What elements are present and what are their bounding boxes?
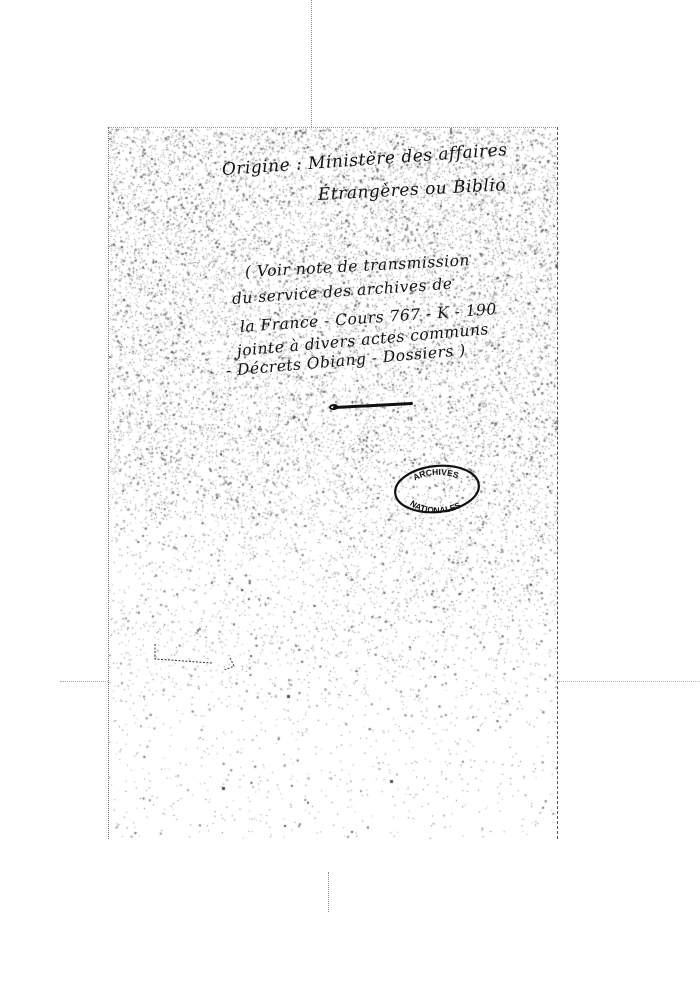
stamp-bottom-text: NATIONALES <box>408 498 462 515</box>
fold-line-horizontal-right <box>558 681 700 682</box>
stamp-oval-icon: ARCHIVES NATIONALES <box>393 463 481 515</box>
svg-text:NATIONALES: NATIONALES <box>408 498 462 515</box>
page-edge-left <box>108 127 109 839</box>
archives-nationales-stamp: ARCHIVES NATIONALES <box>393 463 481 515</box>
page-edge-top <box>108 127 558 128</box>
page-edge-right <box>557 127 558 839</box>
faint-pen-mark <box>152 640 237 670</box>
fold-line-vertical-bottom <box>328 872 329 912</box>
fold-line-vertical-top <box>311 0 312 127</box>
fold-line-horizontal-left <box>60 681 108 682</box>
photocopy-noise-background <box>0 0 700 995</box>
